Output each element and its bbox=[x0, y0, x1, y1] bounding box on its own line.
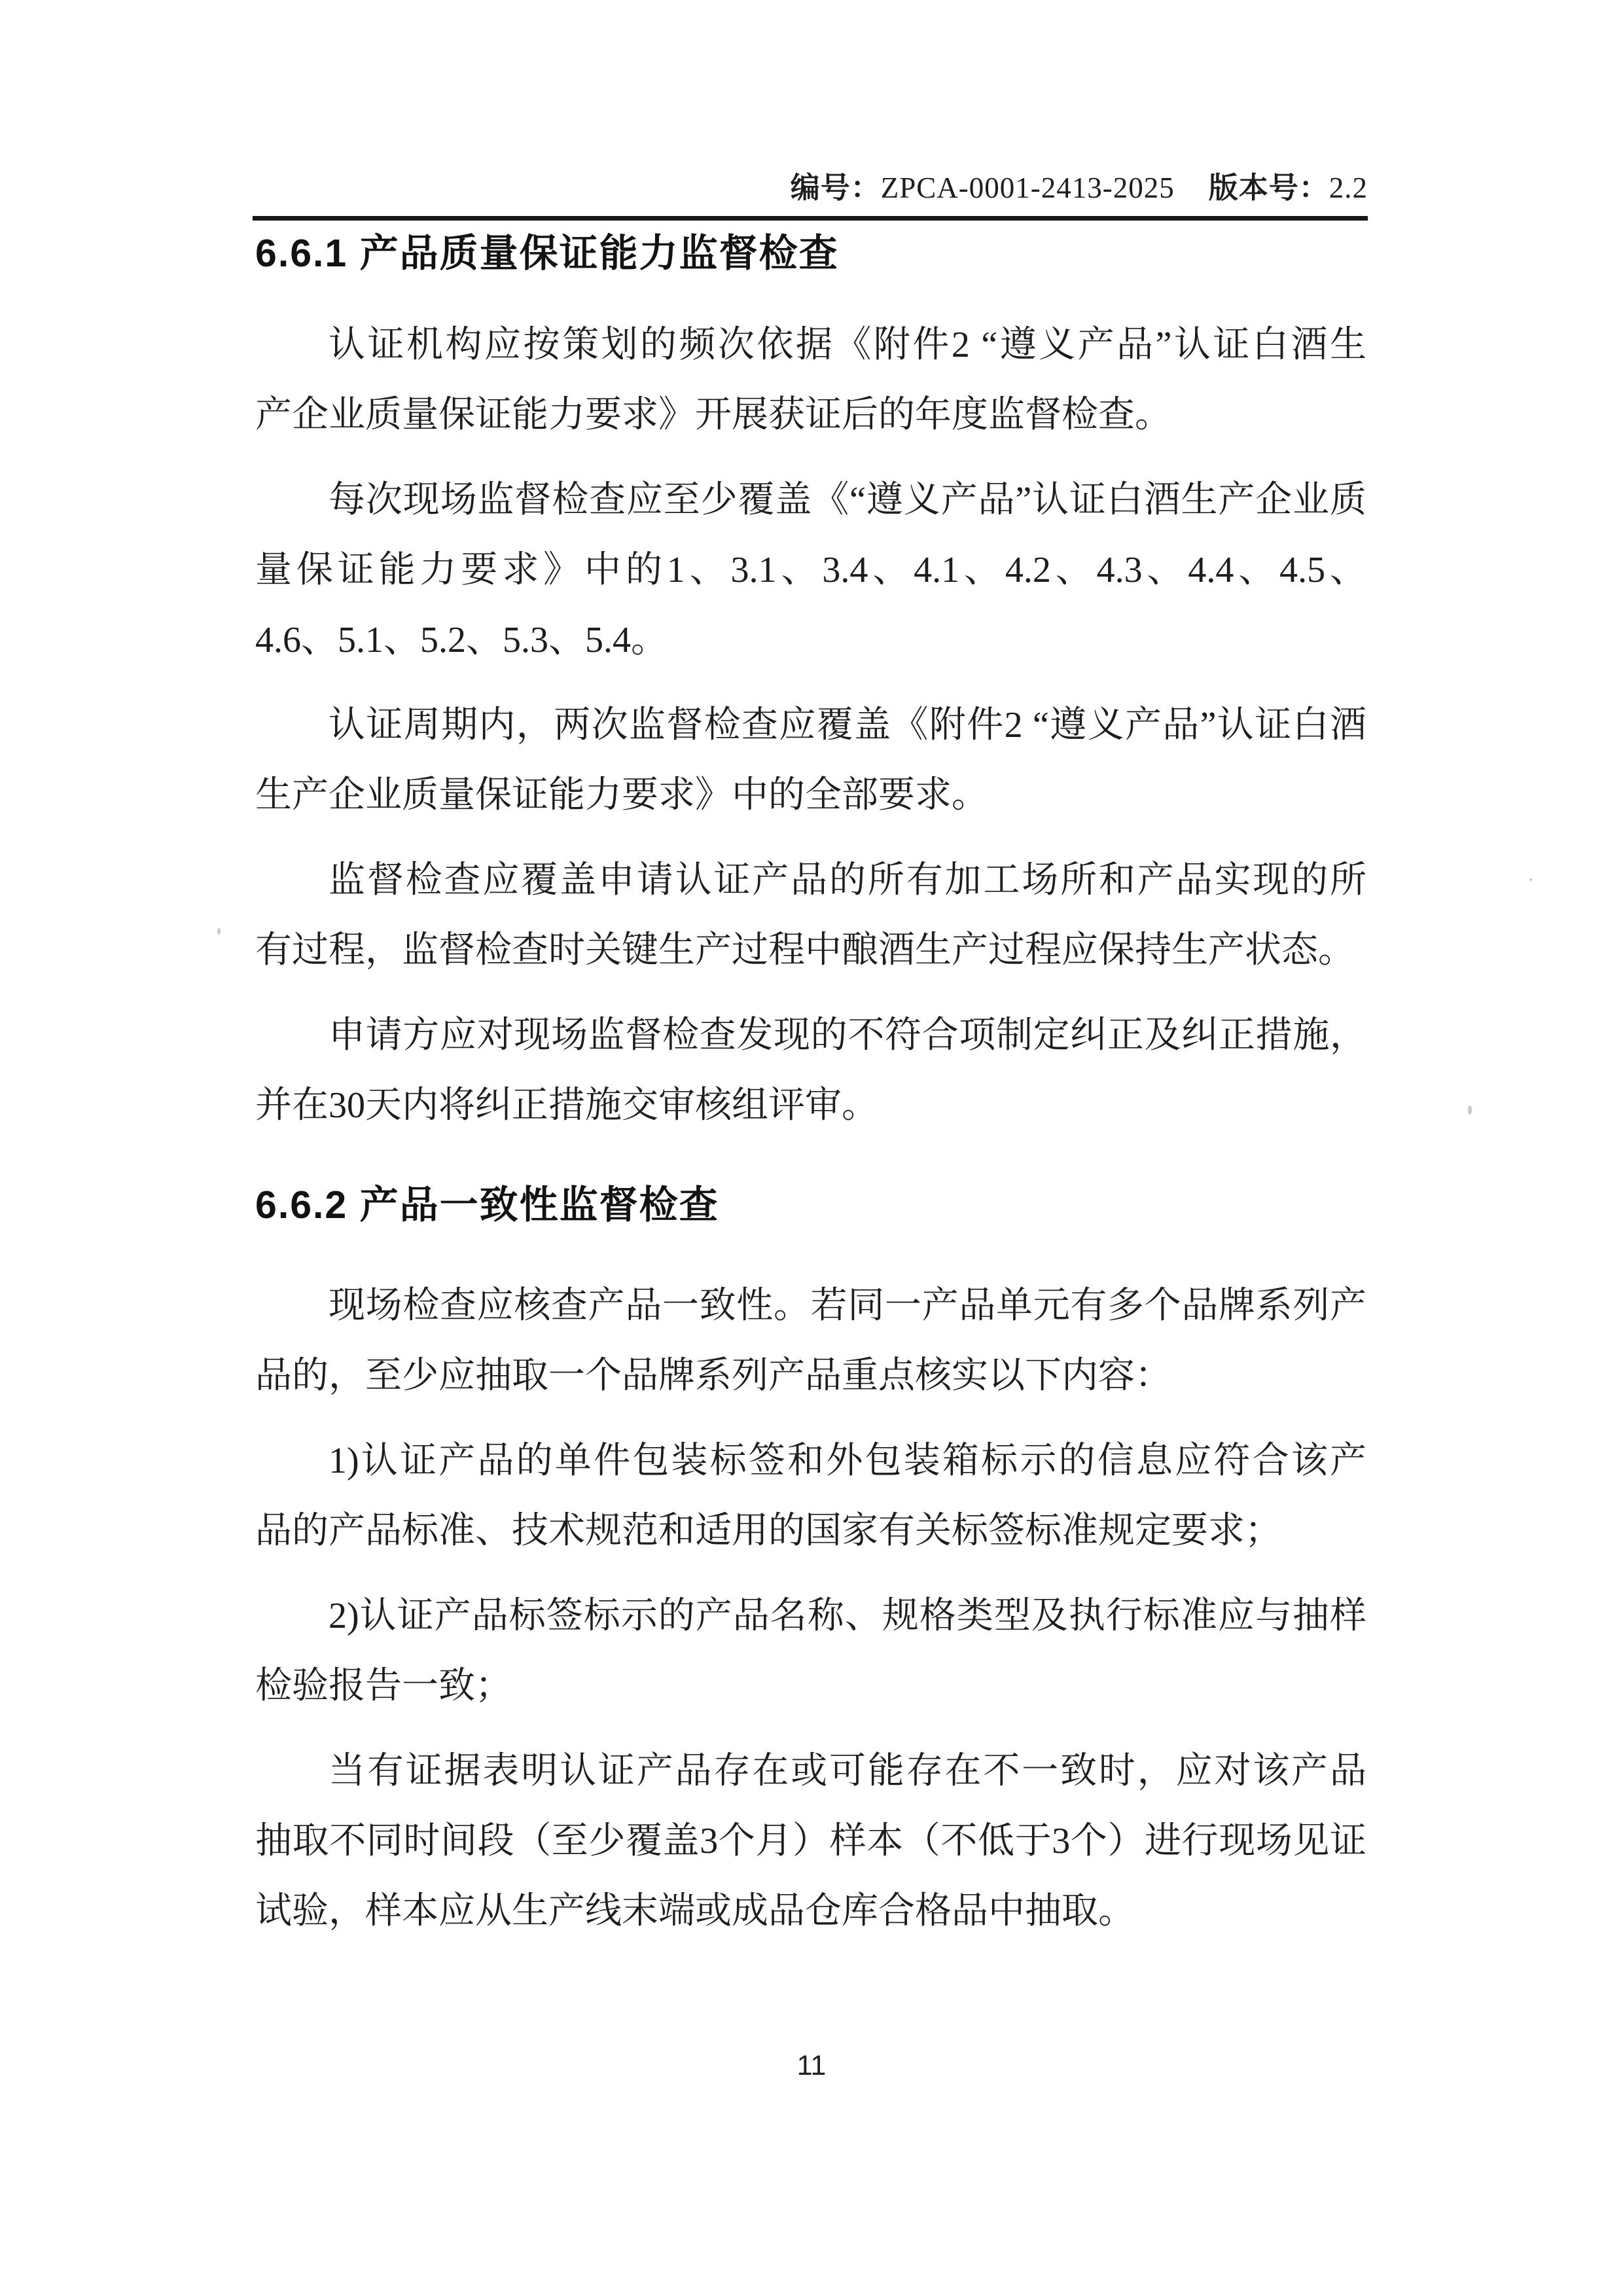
text-line: 现场检查应核查产品一致性。若同一产品单元有多个品牌系列产 bbox=[255, 1271, 1366, 1341]
paragraph-list-item-2: 2)认证产品标签标示的产品名称、规格类型及执行标准应与抽样 检验报告一致； bbox=[255, 1581, 1366, 1721]
document-header: 编号：ZPCA-0001-2413-2025版本号：2.2 bbox=[255, 169, 1368, 207]
paragraph: 监督检查应覆盖申请认证产品的所有加工场所和产品实现的所 有过程，监督检查时关键生… bbox=[255, 846, 1366, 986]
text-line: 4.6、5.1、5.2、5.3、5.4。 bbox=[255, 605, 1366, 675]
doc-number-label: 编号： bbox=[791, 171, 881, 204]
document-body: 6.6.1 产品质量保证能力监督检查 认证机构应按策划的频次依据《附件2 “遵义… bbox=[255, 226, 1366, 1946]
text-line: 产企业质量保证能力要求》开展获证后的年度监督检查。 bbox=[255, 380, 1366, 450]
text-line: 量保证能力要求》中的1、3.1、3.4、4.1、4.2、4.3、4.4、4.5、 bbox=[255, 535, 1366, 605]
text-line: 生产企业质量保证能力要求》中的全部要求。 bbox=[255, 761, 1366, 831]
text-line: 有过程，监督检查时关键生产过程中酿酒生产过程应保持生产状态。 bbox=[255, 916, 1366, 986]
paragraph: 现场检查应核查产品一致性。若同一产品单元有多个品牌系列产 品的，至少应抽取一个品… bbox=[255, 1271, 1366, 1411]
version-value: 2.2 bbox=[1329, 171, 1368, 204]
text-line: 品的产品标准、技术规范和适用的国家有关标签标准规定要求； bbox=[255, 1496, 1366, 1566]
version-label: 版本号： bbox=[1209, 171, 1329, 204]
section-heading-662: 6.6.2 产品一致性监督检查 bbox=[255, 1178, 1366, 1232]
text-line: 每次现场监督检查应至少覆盖《“遵义产品”认证白酒生产企业质 bbox=[255, 465, 1366, 535]
text-line: 认证周期内，两次监督检查应覆盖《附件2 “遵义产品”认证白酒 bbox=[255, 691, 1366, 761]
scan-speck bbox=[1529, 878, 1532, 881]
text-line: 试验，样本应从生产线末端或成品仓库合格品中抽取。 bbox=[255, 1876, 1366, 1946]
text-line: 监督检查应覆盖申请认证产品的所有加工场所和产品实现的所 bbox=[255, 846, 1366, 916]
page-number: 11 bbox=[0, 2050, 1623, 2082]
section-heading-661: 6.6.1 产品质量保证能力监督检查 bbox=[255, 226, 1366, 280]
text-line: 检验报告一致； bbox=[255, 1651, 1366, 1721]
text-line: 1)认证产品的单件包装标签和外包装箱标示的信息应符合该产 bbox=[255, 1426, 1366, 1496]
paragraph-list-item-1: 1)认证产品的单件包装标签和外包装箱标示的信息应符合该产 品的产品标准、技术规范… bbox=[255, 1426, 1366, 1566]
paragraph: 申请方应对现场监督检查发现的不符合项制定纠正及纠正措施， 并在30天内将纠正措施… bbox=[255, 1001, 1366, 1141]
text-line: 当有证据表明认证产品存在或可能存在不一致时，应对该产品 bbox=[255, 1736, 1366, 1806]
paragraph: 认证机构应按策划的频次依据《附件2 “遵义产品”认证白酒生 产企业质量保证能力要… bbox=[255, 310, 1366, 450]
text-line: 抽取不同时间段（至少覆盖3个月）样本（不低于3个）进行现场见证 bbox=[255, 1806, 1366, 1876]
paragraph: 每次现场监督检查应至少覆盖《“遵义产品”认证白酒生产企业质 量保证能力要求》中的… bbox=[255, 465, 1366, 675]
paragraph: 认证周期内，两次监督检查应覆盖《附件2 “遵义产品”认证白酒 生产企业质量保证能… bbox=[255, 691, 1366, 831]
paragraph: 当有证据表明认证产品存在或可能存在不一致时，应对该产品 抽取不同时间段（至少覆盖… bbox=[255, 1736, 1366, 1946]
text-line: 品的，至少应抽取一个品牌系列产品重点核实以下内容： bbox=[255, 1341, 1366, 1411]
text-line: 并在30天内将纠正措施交审核组评审。 bbox=[255, 1071, 1366, 1141]
doc-number-value: ZPCA-0001-2413-2025 bbox=[881, 171, 1175, 204]
document-page: 编号：ZPCA-0001-2413-2025版本号：2.2 6.6.1 产品质量… bbox=[0, 0, 1623, 2296]
text-line: 2)认证产品标签标示的产品名称、规格类型及执行标准应与抽样 bbox=[255, 1581, 1366, 1651]
header-divider-rule bbox=[253, 216, 1368, 221]
scan-speck bbox=[1468, 1105, 1472, 1115]
text-line: 认证机构应按策划的频次依据《附件2 “遵义产品”认证白酒生 bbox=[255, 310, 1366, 380]
scan-speck bbox=[217, 928, 221, 935]
text-line: 申请方应对现场监督检查发现的不符合项制定纠正及纠正措施， bbox=[255, 1001, 1366, 1071]
